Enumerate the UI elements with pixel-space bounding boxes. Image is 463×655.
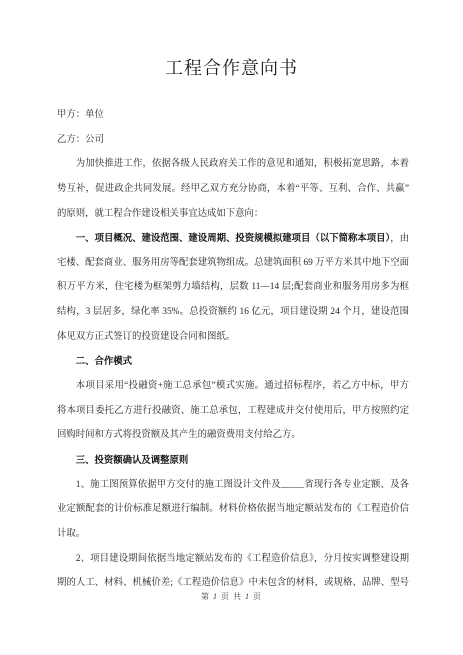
text-run: 2、项目建设期间依据当地定额站发布的《工程造价信息》，分月按实调整建设期当 <box>57 554 409 572</box>
document-line: 为加快推进工作，依据各级人民政府关工作的意见和通知，积极拓宽思路，本着优 <box>57 152 409 177</box>
bold-text-run: 二、合作模式 <box>76 355 132 366</box>
text-run: 积万平方米，住宅楼为框架剪力墙结构，层数 11—14 层;配套商业和服务用房多为… <box>57 282 409 300</box>
text-run: 体见双方正式签订的投资建设合同和图纸。 <box>57 332 235 342</box>
text-run: 甲方：单位 <box>57 110 104 120</box>
document-line: 计取。 <box>57 522 409 547</box>
document-line: 势互补，促进政企共同发展。经甲乙双方充分协商，本着“平等、互利、合作、共赢” <box>57 177 409 202</box>
document-body: 甲方：单位乙方：公司为加快推进工作，依据各级人民政府关工作的意见和通知，积极拓宽… <box>57 103 409 596</box>
document-line: 宅楼、配套商业、服务用房等配套建筑物组成。总建筑面积 69 万平方米其中地下空面 <box>57 251 409 276</box>
document-line: 乙方：公司 <box>57 128 409 153</box>
document-line: 体见双方正式签订的投资建设合同和图纸。 <box>57 325 409 350</box>
document-line: 业定额配套的计价标准足额进行编制。材料价格依据当地定额站发布的《工程造价信息》 <box>57 497 409 522</box>
document-line: 结构，3 层居多，绿化率 35%。总投资额约 16 亿元，项目建设期 24 个月… <box>57 300 409 325</box>
footer-label: 页 共 <box>218 592 245 601</box>
document-line: 一、项目概况、建设范围、建设周期、投资规模拟建项目（以下简称本项目），由住 <box>57 226 409 251</box>
document-title: 工程合作意向书 <box>0 54 463 80</box>
bold-text-run: 一、项目概况、建设范围、建设周期、投资规模拟建项目（以下简称本项目） <box>76 232 390 243</box>
text-run: 期的人工、材料、机械价差;《工程造价信息》中未包含的材料，或规格、品牌、型号 <box>57 578 409 588</box>
text-run: 回购时间和方式将投资额及其产生的融资费用支付给乙方。 <box>57 430 301 440</box>
text-run: 业定额配套的计价标准足额进行编制。材料价格依据当地定额站发布的《工程造价信息》 <box>57 504 409 522</box>
document-line: 甲方：单位 <box>57 103 409 128</box>
document-line: 二、合作模式 <box>57 349 409 374</box>
bold-text-run: 三、投资额确认及调整原则 <box>76 454 189 465</box>
text-run: 的原则，就工程合作建设相关事宜达成如下意向： <box>57 209 263 219</box>
text-run: 本项目采用“投融资+施工总承包”模式实施。通过招标程序，若乙方中标，甲方 <box>76 381 409 391</box>
text-run: 将本项目委托乙方进行投融资、施工总承包，工程建成并交付使用后，甲方按照约定的 <box>57 406 409 424</box>
text-run: 计取。 <box>57 529 85 539</box>
document-line: 本项目采用“投融资+施工总承包”模式实施。通过招标程序，若乙方中标，甲方 <box>57 374 409 399</box>
text-run: 乙方：公司 <box>57 135 104 145</box>
text-run: 势互补，促进政企共同发展。经甲乙双方充分协商，本着“平等、互利、合作、共赢” <box>57 184 409 194</box>
document-page: 工程合作意向书 甲方：单位乙方：公司为加快推进工作，依据各级人民政府关工作的意见… <box>0 0 463 655</box>
document-line: 将本项目委托乙方进行投融资、施工总承包，工程建成并交付使用后，甲方按照约定的 <box>57 399 409 424</box>
page-footer: 第 1 页 共 1 页 <box>0 591 463 602</box>
document-line: 1、施工图预算依据甲方交付的施工图设计文件及_____省现行各专业定额、及各专 <box>57 473 409 498</box>
footer-label: 页 <box>250 592 262 601</box>
document-line: 积万平方米，住宅楼为框架剪力墙结构，层数 11—14 层;配套商业和服务用房多为… <box>57 275 409 300</box>
footer-label: 第 <box>201 592 213 601</box>
text-run: 1、施工图预算依据甲方交付的施工图设计文件及_____省现行各专业定额、及各专 <box>57 480 409 498</box>
document-line: 2、项目建设期间依据当地定额站发布的《工程造价信息》，分月按实调整建设期当 <box>57 547 409 572</box>
document-line: 三、投资额确认及调整原则 <box>57 448 409 473</box>
text-run: 宅楼、配套商业、服务用房等配套建筑物组成。总建筑面积 69 万平方米其中地下空面 <box>57 258 409 268</box>
text-run: 为加快推进工作，依据各级人民政府关工作的意见和通知，积极拓宽思路，本着优 <box>57 159 409 177</box>
document-line: 的原则，就工程合作建设相关事宜达成如下意向： <box>57 202 409 227</box>
document-line: 回购时间和方式将投资额及其产生的融资费用支付给乙方。 <box>57 423 409 448</box>
text-run: 结构，3 层居多，绿化率 35%。总投资额约 16 亿元，项目建设期 24 个月… <box>57 307 409 325</box>
